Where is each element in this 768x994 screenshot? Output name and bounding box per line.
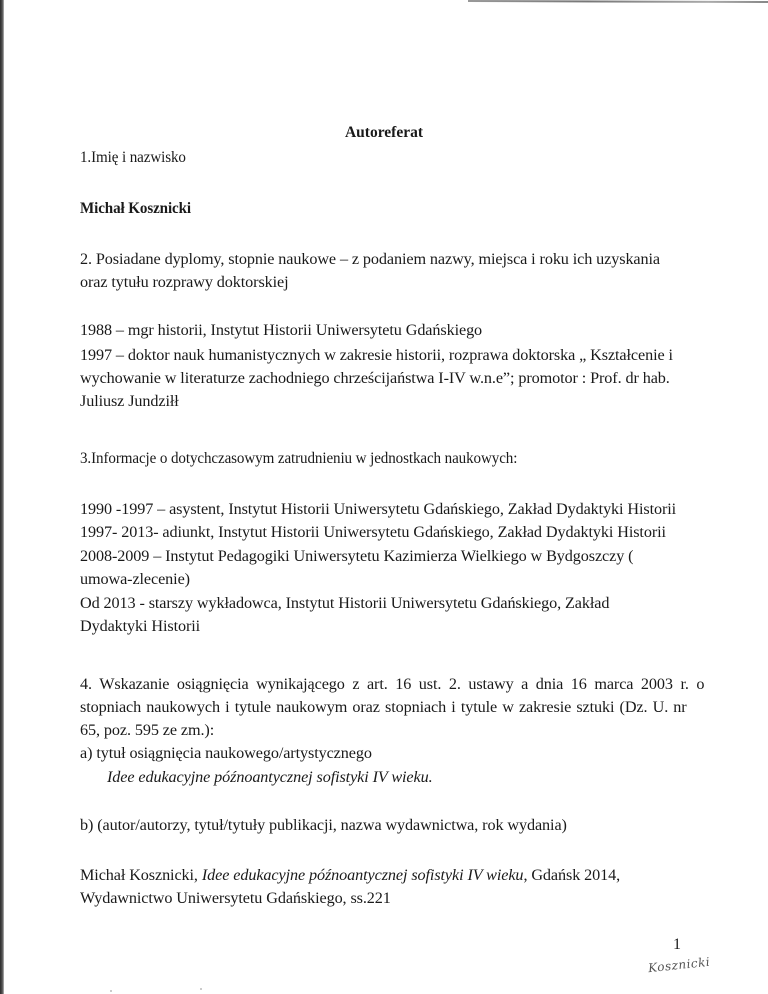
scan-top-line [468,0,768,3]
employment-entry: 2008-2009 – Instytut Pedagogiki Uniwersy… [80,546,633,566]
publication-title: Idee edukacyjne późnoantycznej sofistyki… [202,866,524,884]
publication-citation-line1: Michał Kosznicki, Idee edukacyjne późnoa… [80,865,620,885]
section1-heading: 1.Imię i nazwisko [80,147,186,167]
employment-entry: Od 2013 - starszy wykładowca, Instytut H… [80,593,609,613]
document-title: Autoreferat [0,124,768,142]
section2-heading-line1: 2. Posiadane dyplomy, stopnie naukowe – … [80,249,660,269]
degree-entry: wychowanie w literaturze zachodniego chr… [80,368,670,388]
section3-heading: 3.Informacje o dotychczasowym zatrudnien… [80,448,517,468]
achievement-title-label: a) tytuł osiągnięcia naukowego/artystycz… [80,743,372,763]
publication-place-year: , Gdańsk 2014, [523,866,620,884]
person-name: Michał Kosznicki [80,198,191,218]
page-number: 1 [673,936,681,954]
scan-speck [200,988,202,990]
publication-author: Michał Kosznicki, [80,866,198,884]
employment-entry: 1997- 2013- adiunkt, Instytut Historii U… [80,522,666,542]
achievement-title: Idee edukacyjne późnoantycznej sofistyki… [107,767,433,787]
degree-entry: 1988 – mgr historii, Instytut Historii U… [80,320,482,340]
scan-left-edge [0,0,4,994]
publication-info-label: b) (autor/autorzy, tytuł/tytuły publikac… [80,815,567,835]
degree-entry: Juliusz Jundziłł [80,391,179,411]
section2-heading-line2: oraz tytułu rozprawy doktorskiej [80,272,289,292]
handwritten-signature: Kosznicki [647,955,710,975]
publication-citation-line2: Wydawnictwo Uniwersytetu Gdańskiego, ss.… [80,888,391,908]
section4-heading-line: 65, poz. 595 ze zm.): [80,720,214,740]
section4-heading-line: stopniach naukowych i tytule naukowym or… [80,697,687,717]
degree-entry: 1997 – doktor nauk humanistycznych w zak… [80,345,673,365]
scan-speck [110,990,112,992]
section4-heading-line: 4. Wskazanie osiągnięcia wynikającego z … [80,674,704,694]
employment-entry: Dydaktyki Historii [80,616,200,636]
employment-entry: umowa-zlecenie) [80,569,190,589]
employment-entry: 1990 -1997 – asystent, Instytut Historii… [80,499,676,519]
